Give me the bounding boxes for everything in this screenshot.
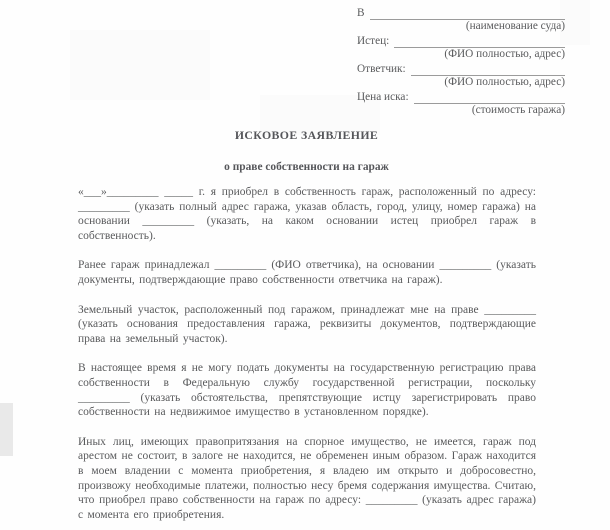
claim-price-field-label: Цена иска: xyxy=(357,91,414,104)
document-subtitle: о праве собственности на гараж xyxy=(78,161,535,173)
plaintiff-field: Истец: xyxy=(357,33,565,48)
paragraph-registration-obstacle: В настоящее время я не могу подать докум… xyxy=(78,361,536,419)
defendant-field-hint: (ФИО полностью, адрес) xyxy=(357,76,565,88)
document-page: В (наименование суда) Истец: (ФИО полнос… xyxy=(0,0,610,530)
scan-artifact xyxy=(0,403,13,456)
defendant-field: Ответчик: xyxy=(357,61,565,76)
plaintiff-field-hint: (ФИО полностью, адрес) xyxy=(357,48,565,60)
claim-price-field: Цена иска: xyxy=(357,89,565,104)
court-field-label: В xyxy=(357,7,370,20)
court-header-block: В (наименование суда) Истец: (ФИО полнос… xyxy=(357,5,565,117)
court-blank-line xyxy=(370,6,565,20)
defendant-blank-line xyxy=(411,62,565,76)
document-title: ИСКОВОЕ ЗАЯВЛЕНИЕ xyxy=(78,128,535,143)
plaintiff-field-label: Истец: xyxy=(357,35,394,48)
paragraph-acquisition: «___»_________ _____ г. я приобрел в соб… xyxy=(78,185,536,243)
defendant-field-label: Ответчик: xyxy=(357,63,411,76)
court-field: В xyxy=(357,5,565,20)
scan-artifact xyxy=(70,30,210,100)
paragraph-previous-owner: Ранее гараж принадлежал _________ (ФИО о… xyxy=(78,258,536,287)
paragraph-ownership-claim: Иных лиц, имеющих правопритязания на спо… xyxy=(78,435,536,523)
paragraph-land-plot: Земельный участок, расположенный под гар… xyxy=(78,303,536,347)
plaintiff-blank-line xyxy=(394,34,565,48)
claim-price-blank-line xyxy=(414,90,565,104)
document-body: «___»_________ _____ г. я приобрел в соб… xyxy=(78,185,536,530)
claim-price-field-hint: (стоимость гаража) xyxy=(357,104,565,116)
court-field-hint: (наименование суда) xyxy=(357,20,565,32)
